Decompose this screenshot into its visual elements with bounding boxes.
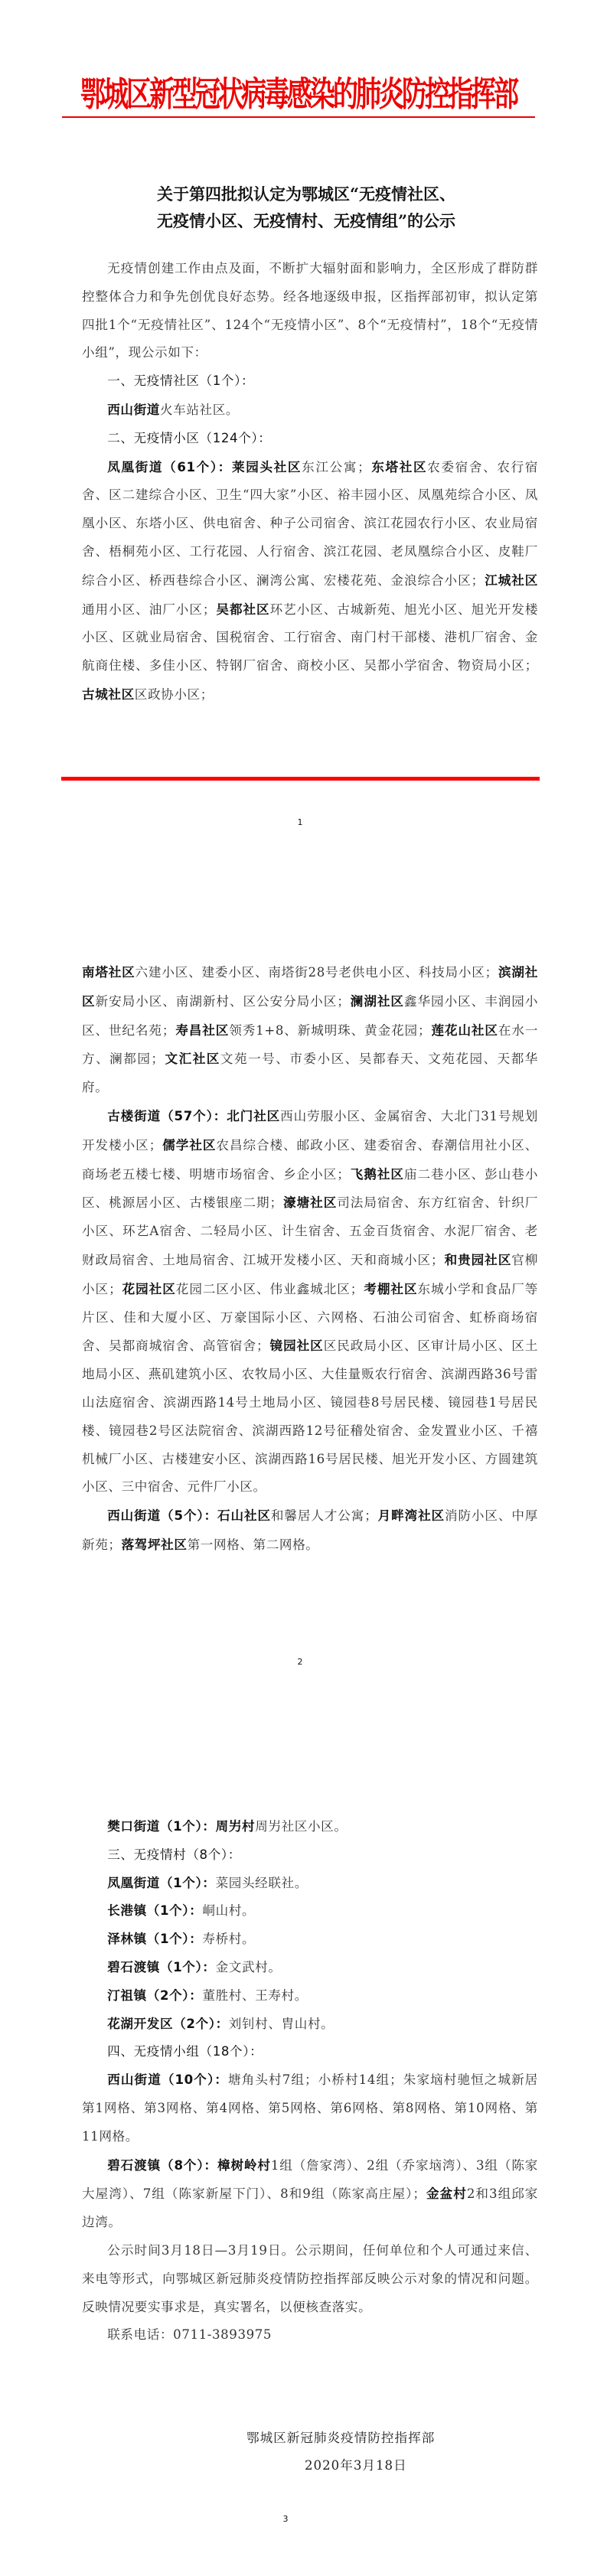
xishan-groups-paragraph: 西山街道（10个）：塘角头村7组；小桥村14组；朱家垴村驰恒之城新居第1网格、第…: [82, 2066, 538, 2150]
notice-paragraph: 公示时间3月18日—3月19日。公示期间，任何单位和个人可通过来信、来电等形式，…: [82, 2237, 538, 2321]
village-name: 金盆村: [426, 2186, 467, 2201]
community-name: 澜湖社区: [350, 993, 404, 1009]
community-name: 石山社区: [217, 1508, 271, 1523]
community-name: 莲花山社区: [431, 1022, 498, 1038]
village-item: 长港镇（1个）：峒山村。: [82, 1897, 538, 1925]
fenghuang-street-paragraph: 凤凰街道（61个）：莱园头社区东江公寓；东塔社区农委宿舍、农行宿舍、区二建综合小…: [82, 453, 538, 709]
street-name: 樊口街道（1个）：: [107, 1819, 215, 1834]
red-letterhead-title: 鄂城区新型冠状病毒感染的肺炎防控指挥部: [61, 73, 536, 115]
street-name: 西山街道（10个）：: [107, 2072, 228, 2087]
community-name: 月畔湾社区: [377, 1508, 445, 1523]
community-name: 儒学社区: [162, 1137, 217, 1153]
section-2-heading: 二、无疫情小区（124个）：: [82, 425, 538, 453]
page-1-body: 无疫情创建工作由点及面，不断扩大辐射面和影响力，全区形成了群防群控整体合力和争先…: [82, 255, 538, 709]
section-1-item: 西山街道火车站社区。: [82, 396, 538, 425]
page-number-2: 2: [292, 1657, 308, 1667]
community-name: 江城社区: [485, 572, 538, 588]
community-name: 落驾坪社区: [122, 1537, 188, 1552]
page-number-3: 3: [278, 2514, 293, 2524]
village-item: 花湖开发区（2个）：刘钊村、胄山村。: [82, 2010, 538, 2039]
page-1-bottom-rule: [61, 777, 540, 781]
document-title-line-1: 关于第四批拟认定为鄂城区“无疫情社区、: [61, 181, 551, 207]
street-name: 凤凰街道（61个）：: [107, 460, 232, 474]
street-name: 古楼街道（57个）：: [107, 1109, 227, 1123]
community-name: 寿昌社区: [175, 1022, 229, 1038]
page-3-body: 樊口街道（1个）：周屴村周屴社区小区。 三、无疫情村（8个）： 凤凰街道（1个）…: [82, 1812, 538, 2349]
page-2-body: 南塔社区六建小区、建委小区、南塔街28号老供电小区、科技局小区；滨湖社区新安局小…: [82, 958, 538, 1560]
community-name: 莱园头社区: [232, 459, 302, 474]
street-name: 西山街道: [107, 402, 160, 417]
letterhead-divider: [62, 116, 535, 118]
village-item: 凤凰街道（1个）：菜园头经联社。: [82, 1870, 538, 1898]
community-name: 文汇社区: [165, 1051, 220, 1066]
document-title: 关于第四批拟认定为鄂城区“无疫情社区、 无疫情小区、无疫情村、无疫情组”的公示: [61, 181, 551, 234]
section-3-heading: 三、无疫情村（8个）：: [82, 1841, 538, 1870]
fankou-street-paragraph: 樊口街道（1个）：周屴村周屴社区小区。: [82, 1812, 538, 1841]
page-number-1: 1: [292, 817, 308, 827]
village-item: 泽林镇（1个）：寿桥村。: [82, 1925, 538, 1954]
gulou-street-paragraph: 古楼街道（57个）：北门社区西山劳服小区、金属宿舍、大北门31号规划开发楼小区；…: [82, 1102, 538, 1502]
village-name: 樟树岭村: [217, 2157, 271, 2173]
community-name: 镜园社区: [269, 1338, 324, 1353]
community-name: 濠塘社区: [283, 1195, 338, 1210]
community-name: 古城社区: [82, 686, 135, 702]
community-name: 飞鹅社区: [350, 1166, 404, 1182]
signature-organization: 鄂城区新冠肺炎疫情防控指挥部: [246, 2428, 435, 2446]
street-name: 碧石渡镇（8个）：: [107, 2158, 217, 2173]
village-item: 碧石渡镇（1个）：金文武村。: [82, 1954, 538, 1982]
village-name: 周屴村: [216, 1818, 256, 1834]
xishan-street-paragraph: 西山街道（5个）：石山社区和馨居人才公寓；月畔湾社区消防小区、中厚新苑；落驾坪社…: [82, 1502, 538, 1560]
section-4-heading: 四、无疫情小组（18个）：: [82, 2038, 538, 2066]
intro-paragraph: 无疫情创建工作由点及面，不断扩大辐射面和影响力，全区形成了群防群控整体合力和争先…: [82, 255, 538, 367]
community-name: 花园社区: [122, 1281, 176, 1296]
community-name: 和贵园社区: [444, 1252, 511, 1267]
village-item: 汀祖镇（2个）：董胜村、王寿村。: [82, 1982, 538, 2010]
street-name: 西山街道（5个）：: [107, 1508, 217, 1523]
signature-date: 2020年3月18日: [305, 2455, 407, 2473]
bishidu-groups-paragraph: 碧石渡镇（8个）：樟树岭村1组（詹家湾）、2组（乔家垴湾）、3组（陈家大屋湾）、…: [82, 2151, 538, 2237]
fenghuang-street-continued: 南塔社区六建小区、建委小区、南塔街28号老供电小区、科技局小区；滨湖社区新安局小…: [82, 958, 538, 1102]
community-name: 北门社区: [227, 1108, 280, 1123]
section-1-heading: 一、无疫情社区（1个）：: [82, 367, 538, 396]
contact-phone: 联系电话：0711-3893975: [82, 2321, 538, 2349]
community-name: 东塔社区: [370, 459, 427, 474]
community-name: 吴都社区: [216, 602, 270, 617]
community-name: 南塔社区: [82, 964, 135, 980]
document-title-line-2: 无疫情小区、无疫情村、无疫情组”的公示: [61, 207, 551, 234]
community-name: 考棚社区: [364, 1281, 418, 1296]
